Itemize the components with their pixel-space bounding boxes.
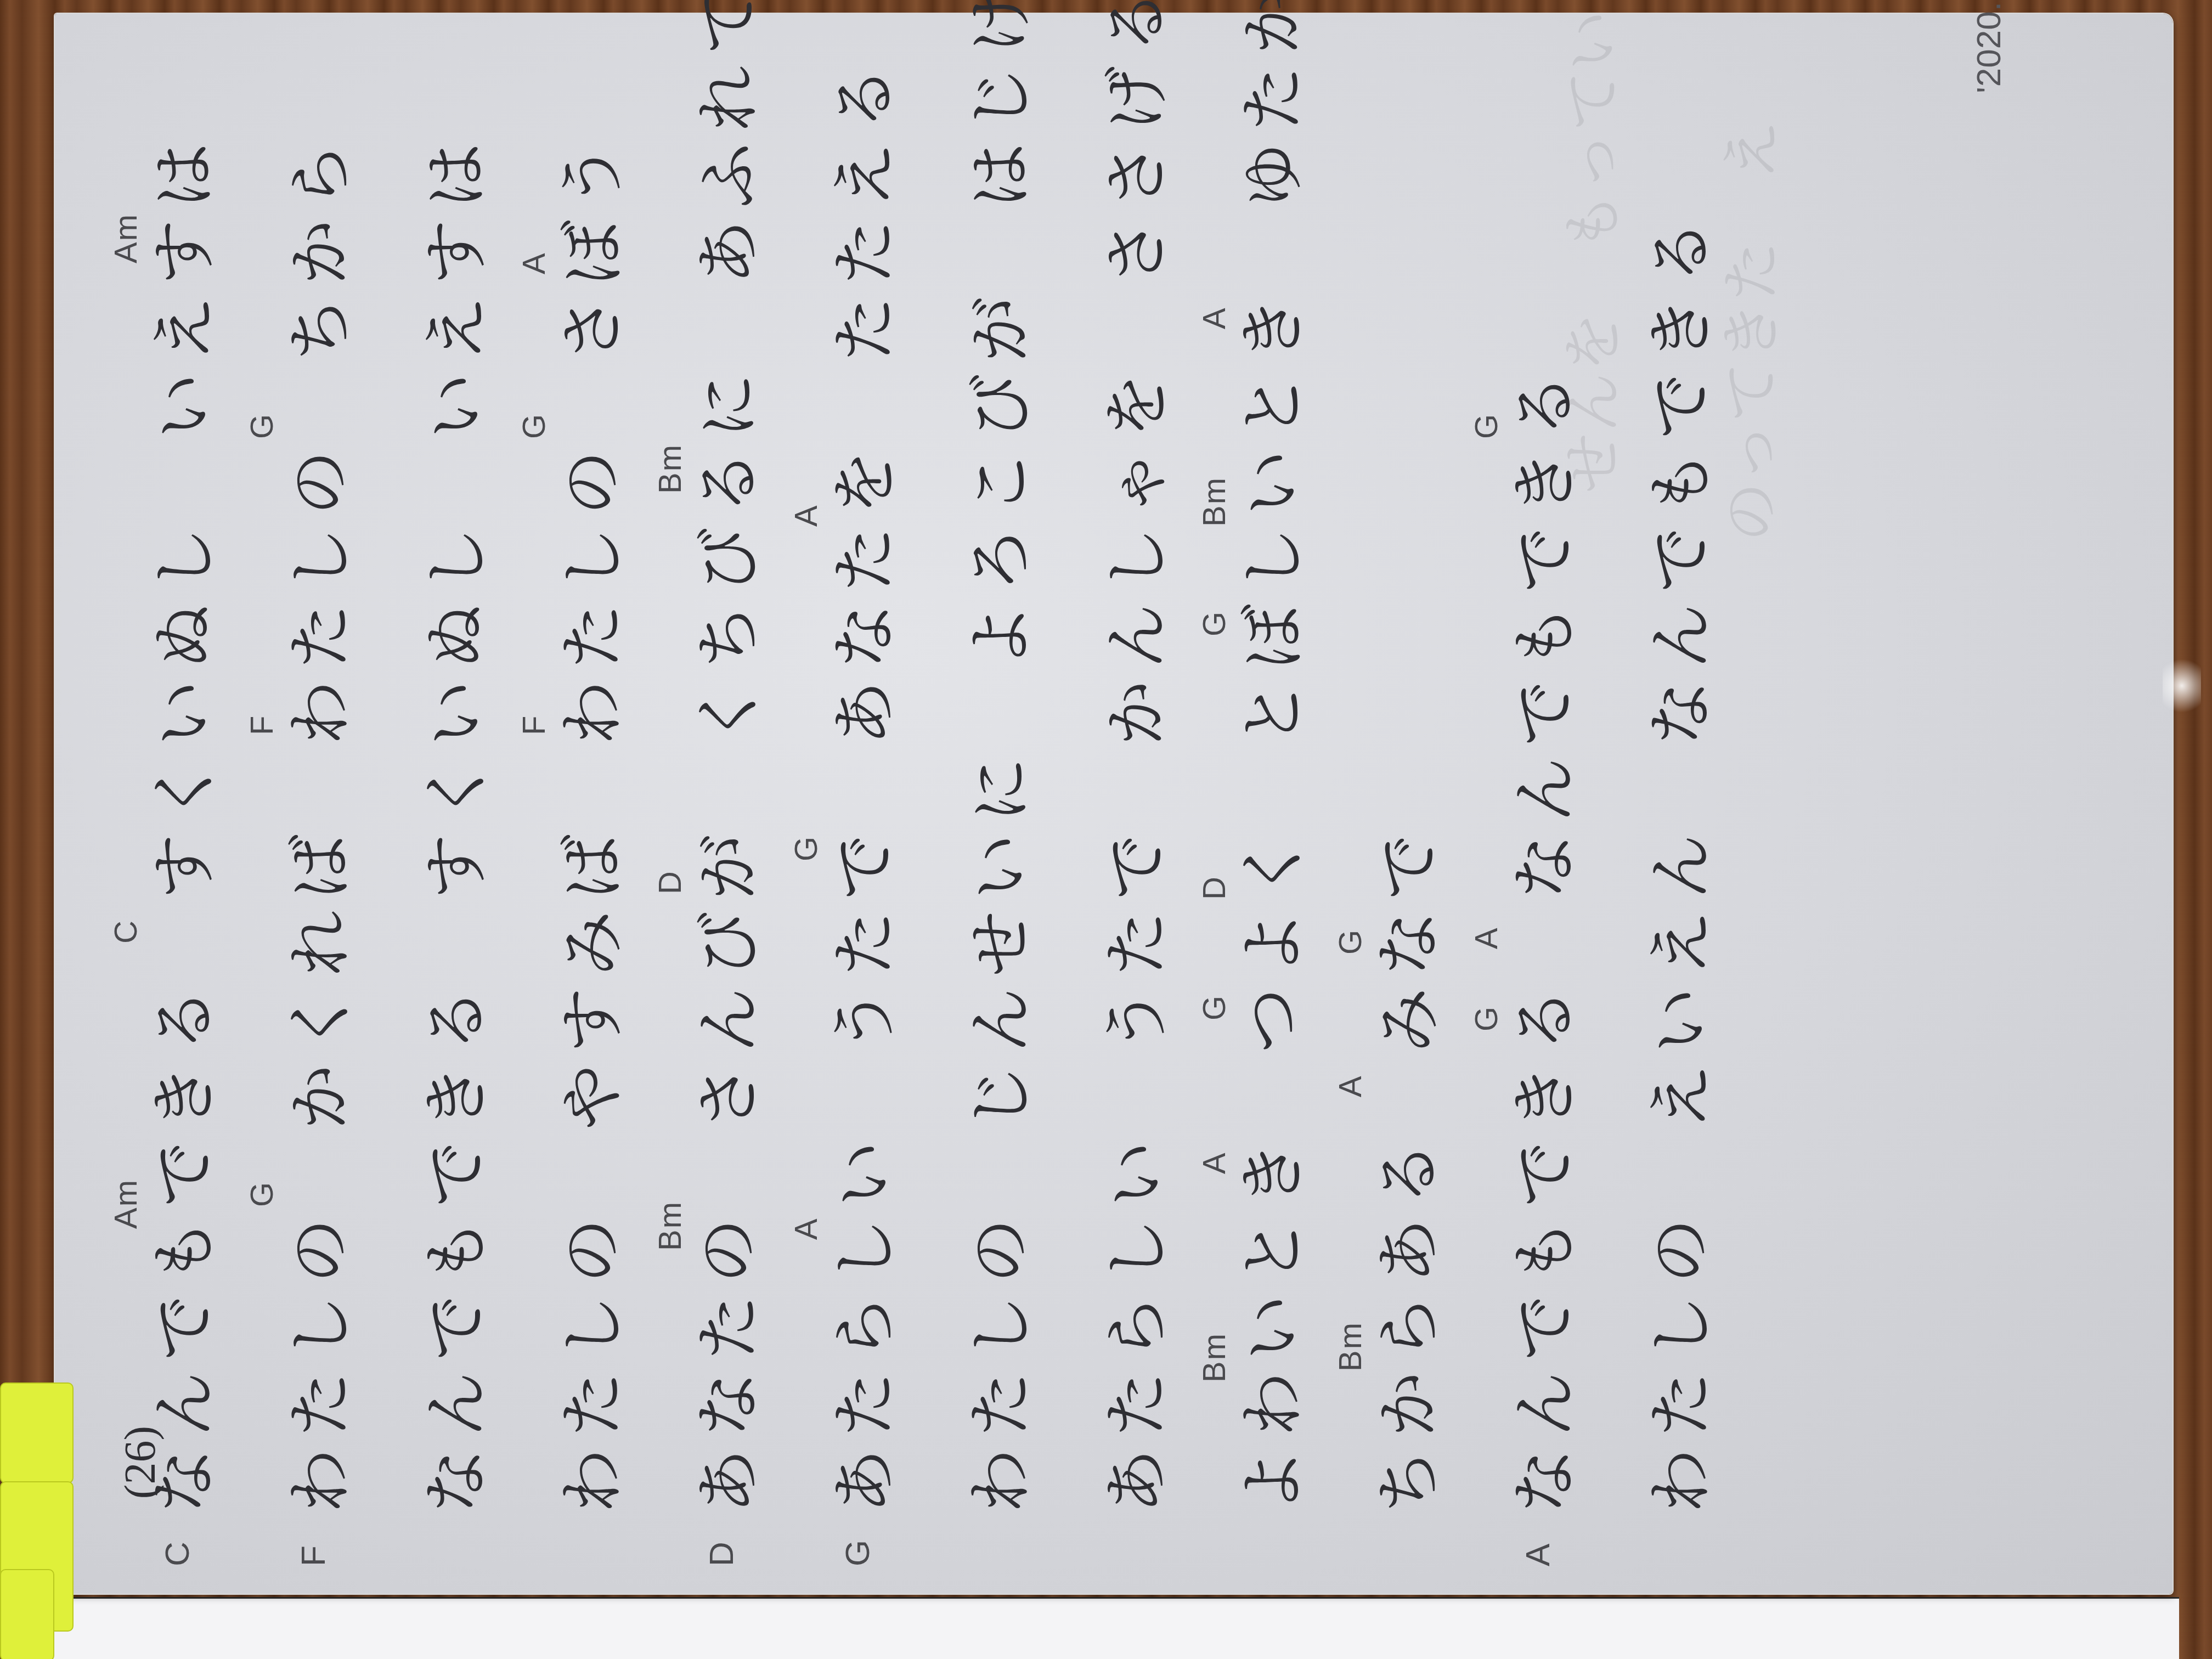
lyric-line: GAGAなんでもできる なんでもできる xyxy=(1454,16,1590,1580)
chord-label: A xyxy=(1196,1152,1233,1174)
chord-row: GFGF xyxy=(244,16,287,1514)
chord-label: A xyxy=(1196,307,1233,329)
chord-label: Bm xyxy=(652,444,689,494)
lyric-text: あたらしい うたで かんしゃを ささげる xyxy=(1099,0,1182,1514)
chord-row: AGAG xyxy=(788,16,832,1514)
chord-label: Bm xyxy=(1196,1333,1233,1383)
chord-label: C xyxy=(108,919,144,944)
chord-label: A xyxy=(516,252,552,274)
lyric-text: なんでもできる すくいぬし いえすは xyxy=(419,132,501,1514)
chord-row: BmDBmD xyxy=(652,16,696,1514)
chord-label: F xyxy=(244,715,280,735)
lyric-line: わたしの じんせいに よろこびが はじけて xyxy=(910,16,1046,1580)
chord-label: G xyxy=(1468,413,1505,439)
chord-row: AmCAmC xyxy=(108,16,151,1514)
chord-label: Bm xyxy=(1332,1322,1369,1372)
lyric-line: FGAわたしの やすみば わたしの さぼう xyxy=(501,16,637,1580)
lyric-text: ちからある みなで xyxy=(1372,823,1454,1514)
lyric-line: AGAGあたらしい うたで あなたを たたえる xyxy=(774,16,910,1580)
lyric-text: あたらしい うたで あなたを たたえる xyxy=(827,55,910,1514)
lead-chord-label: C xyxy=(158,1541,197,1566)
chord-label: A xyxy=(788,504,825,527)
chord-label: A xyxy=(788,1217,825,1240)
lyric-line: BmAGちからある みなで xyxy=(1318,16,1454,1580)
chord-row: FGA xyxy=(516,16,560,1514)
date-note: '2020.1.28 xyxy=(1970,0,2008,93)
lyric-text: なんでもできる なんでもできる xyxy=(1508,362,1590,1514)
lead-chord-label: D xyxy=(702,1541,741,1566)
lyric-text: わたしの じんせいに よろこびが はじけて xyxy=(963,0,1046,1514)
lyric-text: わたしの かくれば わたしの ちから xyxy=(283,132,365,1514)
chord-label: A xyxy=(1332,1075,1369,1097)
chord-row xyxy=(1060,16,1104,1514)
chord-label: Am xyxy=(108,213,144,263)
chord-label: G xyxy=(788,836,825,861)
lyric-line: BmDBmDあなたの さんびが くちびるに あふれて xyxy=(637,16,774,1580)
chord-label: D xyxy=(1196,876,1233,900)
chord-row xyxy=(380,16,424,1514)
chord-label: A xyxy=(1468,927,1505,949)
lead-chord-label: G xyxy=(838,1539,877,1566)
chord-row: GAGA xyxy=(1468,16,1512,1514)
chord-label: D xyxy=(652,870,689,894)
lyric-line: GFGFわたしの かくれば わたしの ちから xyxy=(229,16,365,1580)
chord-row: BmAGDGBmA xyxy=(1196,16,1240,1514)
lyric-text: あなたの さんびが くちびるに あふれて xyxy=(691,0,774,1514)
chord-row xyxy=(1604,16,1648,1514)
chord-label: Am xyxy=(108,1179,144,1229)
lyric-line: AmCAmCなんでもできる すくいぬし いえすは xyxy=(93,16,229,1580)
chord-label: G xyxy=(1196,995,1233,1020)
chord-label: Bm xyxy=(652,1201,689,1251)
lyric-line: なんでもできる すくいぬし いえすは xyxy=(365,16,501,1580)
chord-row: BmAG xyxy=(1332,16,1376,1514)
light-glare xyxy=(2163,653,2201,719)
lyric-line: あたらしい うたで かんしゃを ささげる xyxy=(1046,16,1182,1580)
lyric-line: BmAGDGBmAよわいとき つよく とぼしいとき ゆたかに xyxy=(1182,16,1318,1580)
yellow-sticky-tab[interactable] xyxy=(0,1383,74,1483)
chord-label: F xyxy=(516,715,552,735)
chord-label: G xyxy=(1196,611,1233,636)
chord-row xyxy=(924,16,968,1514)
lyrics-columns: AmCAmCなんでもできる すくいぬし いえすはGFGFわたしの かくれば わた… xyxy=(93,16,1904,1580)
chord-label: Bm xyxy=(1196,477,1233,527)
lyric-text: わたしの やすみば わたしの さぼう xyxy=(555,132,637,1514)
underlying-sheet xyxy=(22,1597,2179,1659)
yellow-sticky-tab[interactable] xyxy=(0,1569,54,1659)
chord-label: G xyxy=(516,413,552,439)
lyric-text: よわいとき つよく とぼしいとき ゆたかに xyxy=(1235,0,1318,1514)
lyric-line: わたしの えいえん なんでもできる xyxy=(1590,16,1726,1580)
chord-label: G xyxy=(1332,929,1369,955)
lyric-text: なんでもできる すくいぬし いえすは xyxy=(147,132,229,1514)
lead-chord-label: A xyxy=(1519,1543,1558,1566)
lyric-text: わたしの えいえん なんでもできる xyxy=(1644,208,1726,1514)
chord-label: G xyxy=(1468,1006,1505,1031)
lead-chord-label: F xyxy=(294,1544,333,1566)
chord-label: G xyxy=(244,413,280,439)
chord-label: G xyxy=(244,1181,280,1207)
